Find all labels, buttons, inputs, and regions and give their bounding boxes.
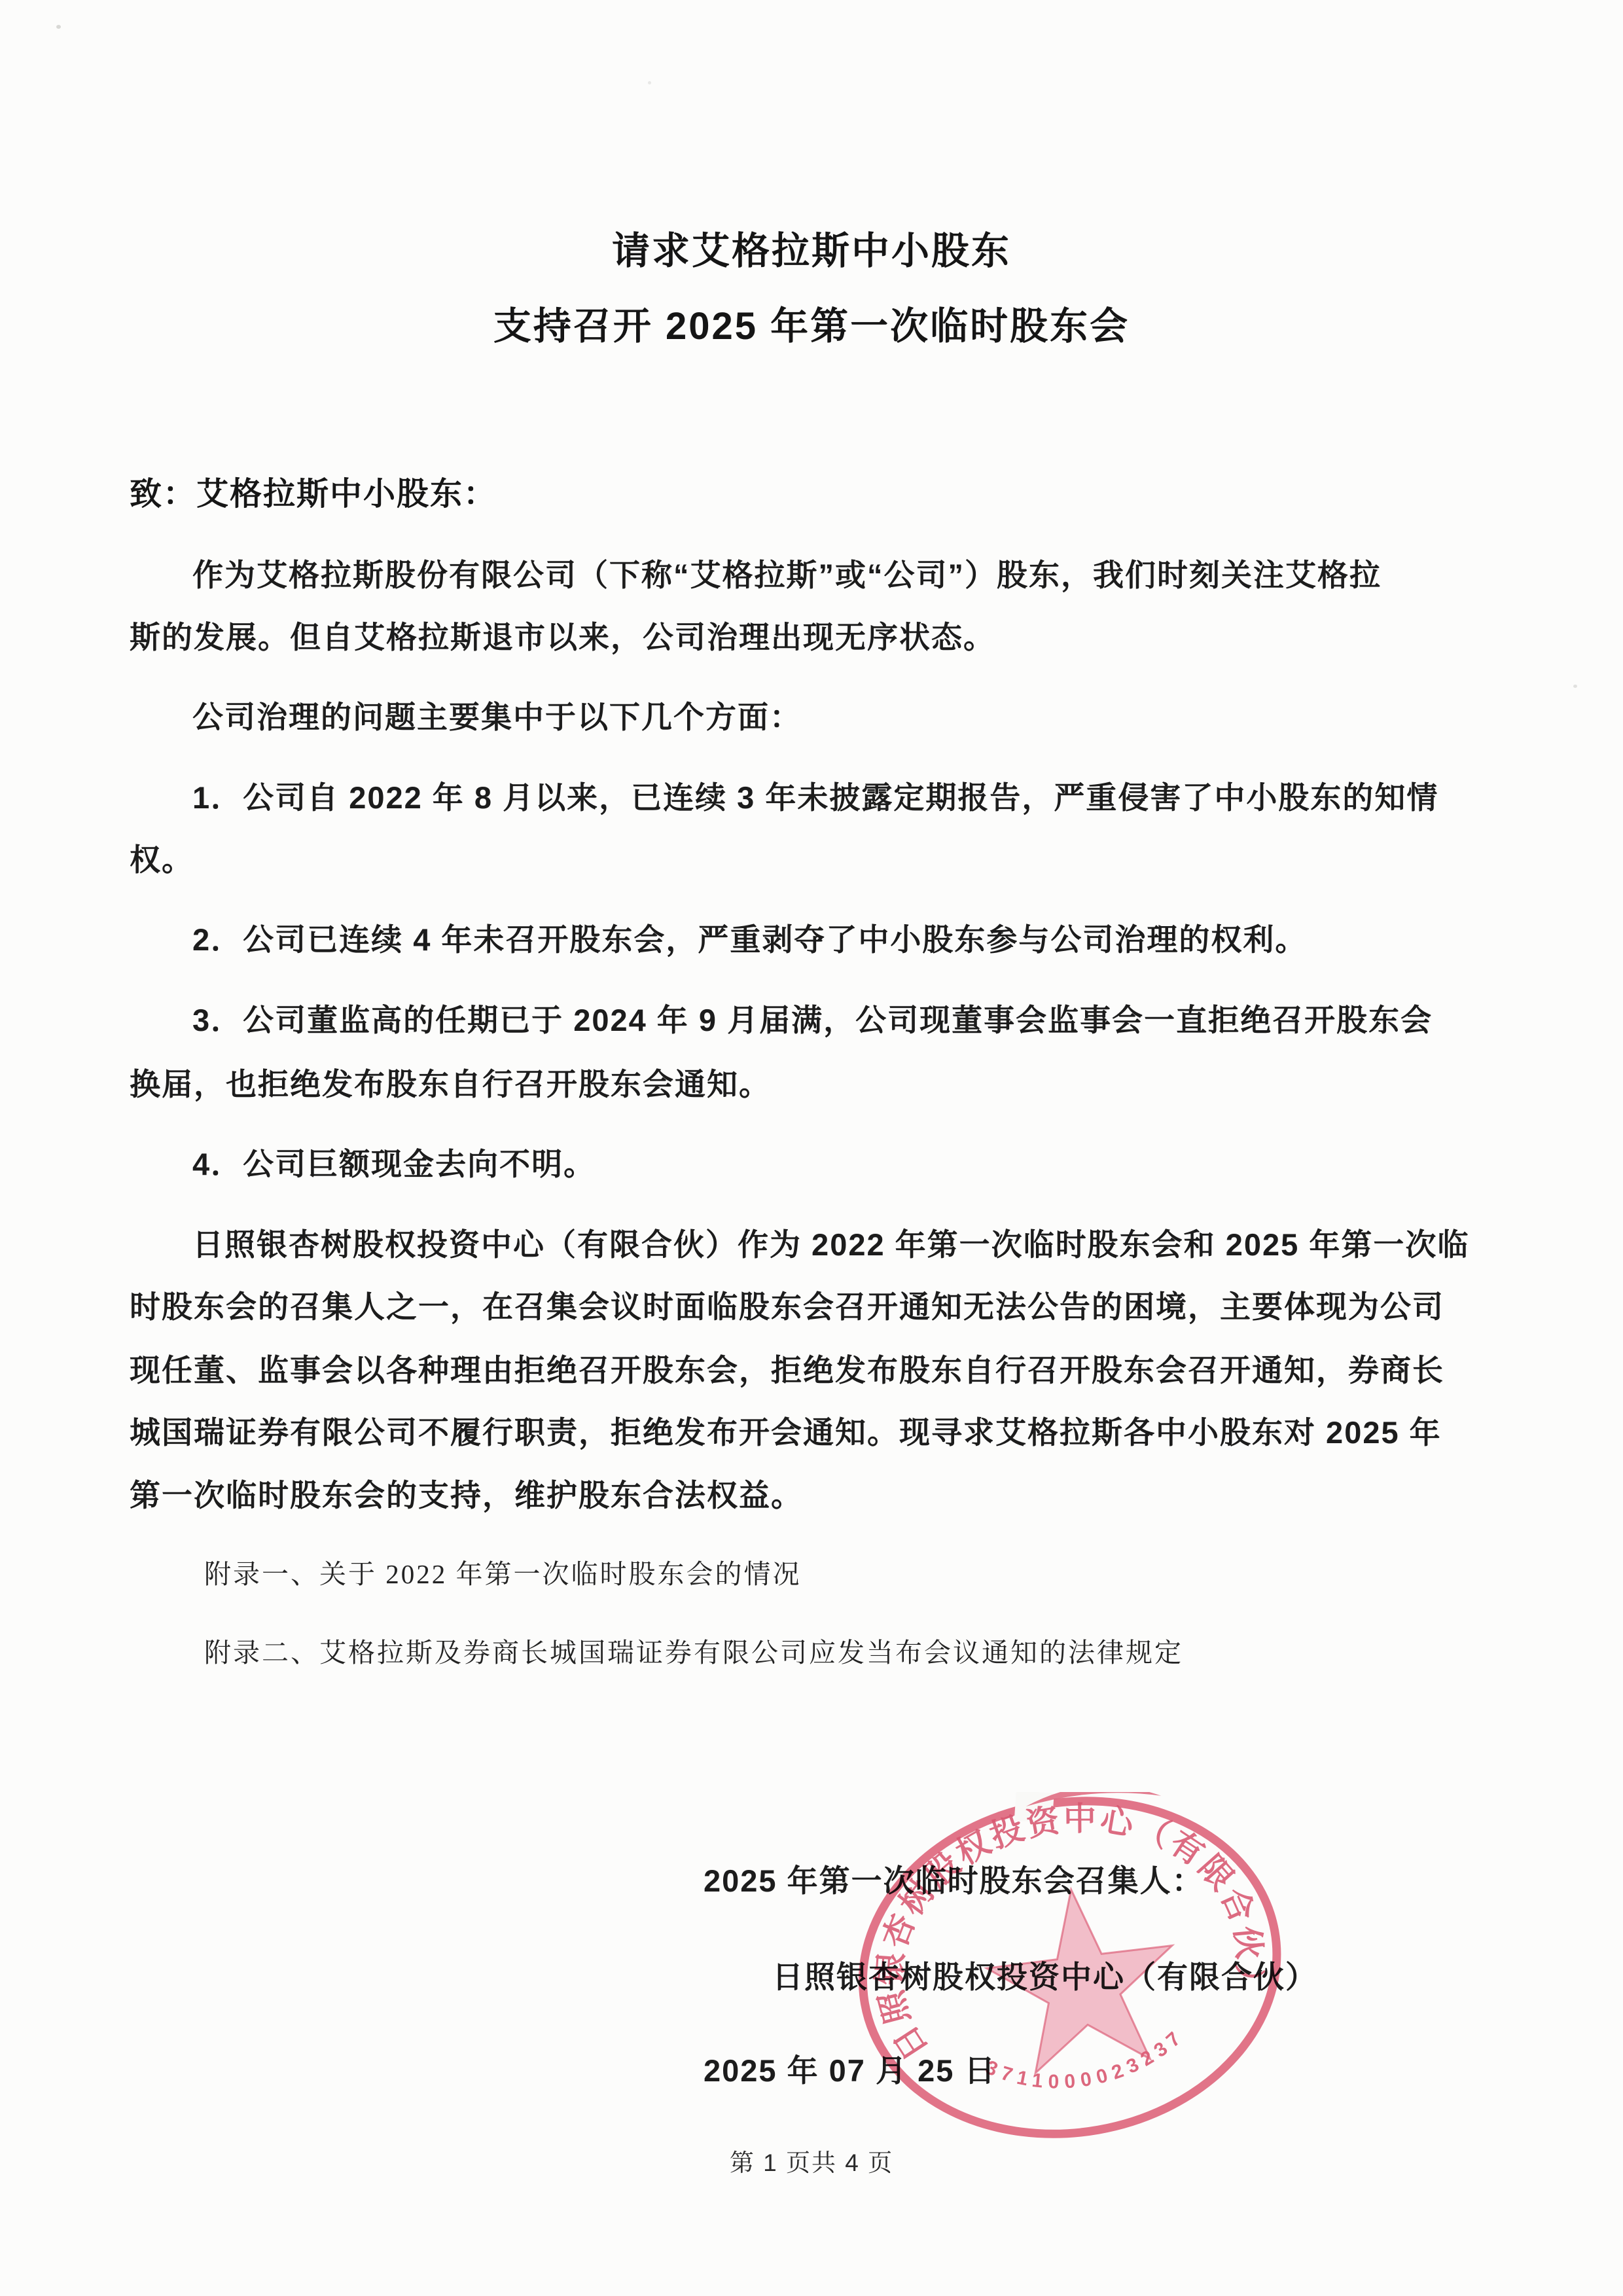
attachment-line: 附录一、关于 2022 年第一次临时股东会的情况 [204,1552,802,1591]
body-line: 3．公司董监高的任期已于 2024 年 9 月届满，公司现董事会监事会一直拒绝召… [130,996,1433,1040]
scanned-document-page: 请求艾格拉斯中小股东 支持召开 2025 年第一次临时股东会 致：艾格拉斯中小股… [0,0,1623,2296]
body-line: 权。 [130,836,194,880]
body-line: 公司治理的问题主要集中于以下几个方面： [130,693,802,737]
company-seal-stamp: 日照银杏树股权投资中心（有限合伙） 3711000023237 [844,1792,1289,2159]
seal-serial-number: 3711000023237 [979,2022,1194,2108]
body-line: 时股东会的召集人之一，在召集会议时面临股东会召开通知无法公告的困境，主要体现为公… [130,1283,1444,1327]
scan-speck [648,81,651,84]
doc-title-line2: 支持召开 2025 年第一次临时股东会 [0,295,1623,350]
body-line: 4．公司巨额现金去向不明。 [130,1140,596,1184]
page-footer: 第 1 页共 4 页 [0,2143,1623,2178]
doc-title-line1: 请求艾格拉斯中小股东 [0,220,1623,275]
body-line: 2．公司已连续 4 年未召开股东会，严重剥夺了中小股东参与公司治理的权利。 [130,916,1307,960]
body-line: 作为艾格拉斯股份有限公司（下称“艾格拉斯”或“公司”）股东，我们时刻关注艾格拉 [130,551,1382,595]
body-line: 城国瑞证券有限公司不履行职责，拒绝发布开会通知。现寻求艾格拉斯各中小股东对 20… [130,1408,1442,1452]
scan-speck [56,25,61,29]
attachment-line: 附录二、艾格拉斯及券商长城国瑞证券有限公司应发当布会议通知的法律规定 [204,1631,1183,1670]
seal-serial-holder: 3711000023237 [979,2022,1194,2108]
scan-speck [1573,685,1577,688]
body-line: 斯的发展。但自艾格拉斯退市以来，公司治理出现无序状态。 [130,613,995,657]
salutation: 致：艾格拉斯中小股东： [130,469,497,514]
body-line: 现任董、监事会以各种理由拒绝召开股东会，拒绝发布股东自行召开股东会召开通知，券商… [130,1346,1444,1390]
body-line: 日照银杏树股权投资中心（有限合伙）作为 2022 年第一次临时股东会和 2025… [130,1221,1469,1265]
body-line: 1．公司自 2022 年 8 月以来，已连续 3 年未披露定期报告，严重侵害了中… [130,774,1438,817]
body-line: 换届，也拒绝发布股东自行召开股东会通知。 [130,1060,771,1104]
body-line: 第一次临时股东会的支持，维护股东合法权益。 [130,1471,803,1515]
